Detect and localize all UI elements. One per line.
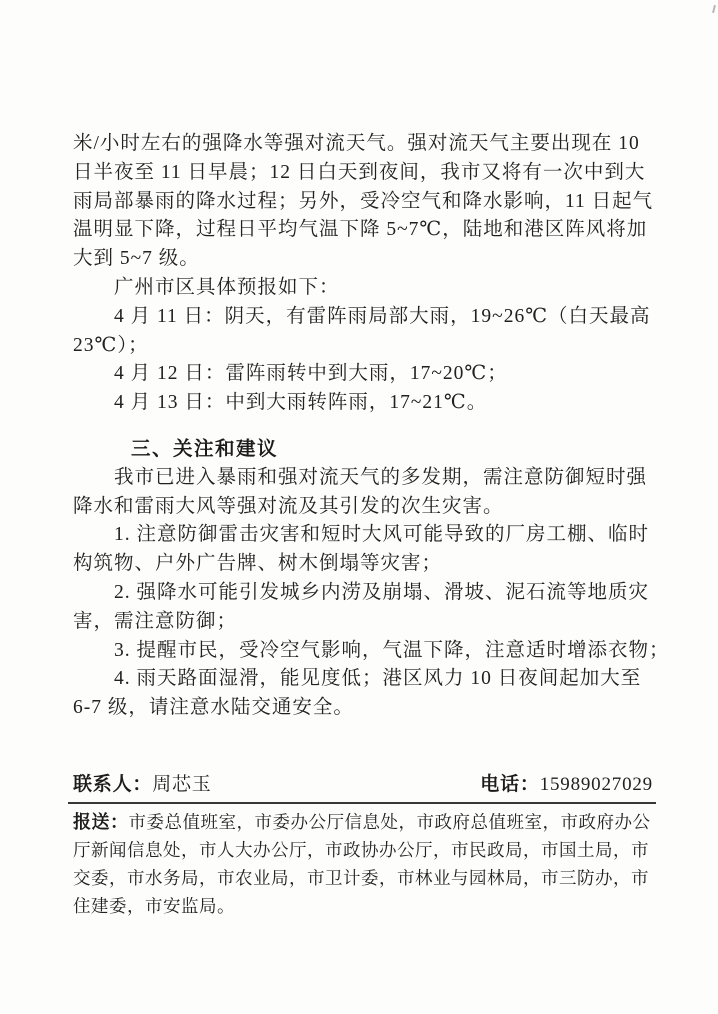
section-text-line: 降水和雷雨大风等强对流及其引发的次生灾害。 <box>73 493 653 522</box>
body-text-line: 4 月 13 日：中到大雨转阵雨，17~21℃。 <box>73 389 653 418</box>
body-text-line: 4 月 12 日：雷阵雨转中到大雨，17~20℃； <box>73 360 653 389</box>
contact-phone: 电话：15989027029 <box>480 773 653 797</box>
distribution-block: 报送：市委总值班室，市委办公厅信息处，市政府总值班室，市政府办公 厅新闻信息处，… <box>73 808 653 920</box>
body-text-line: 大到 5~7 级。 <box>73 245 653 274</box>
distribution-first-text: 市委总值班室，市委办公厅信息处，市政府总值班室，市政府办公 <box>129 812 651 832</box>
body-text-line: 米/小时左右的强降水等强对流天气。强对流天气主要出现在 10 <box>73 130 653 159</box>
section-heading: 三、关注和建议 <box>73 435 653 464</box>
body-text-line: 温明显下降，过程日平均气温下降 5~7℃，陆地和港区阵风将加 <box>73 216 653 245</box>
body-text-line: 日半夜至 11 日早晨；12 日白天到夜间，我市又将有一次中到大 <box>73 159 653 188</box>
distribution-text-line: 交委，市水务局，市农业局，市卫计委，市林业与园林局，市三防办，市 <box>73 864 653 892</box>
document-content: 米/小时左右的强降水等强对流天气。强对流天气主要出现在 10日半夜至 11 日早… <box>73 130 653 920</box>
divider-rule <box>68 802 656 804</box>
contact-label: 联系人： <box>73 774 152 795</box>
distribution-label: 报送： <box>73 812 129 832</box>
phone-label: 电话： <box>480 774 539 795</box>
contact-person: 联系人：周芯玉 <box>73 773 212 797</box>
section-text-line: 4. 雨天路面湿滑，能见度低；港区风力 10 日夜间起加大至 <box>73 665 653 694</box>
body-text-line: 广州市区具体预报如下： <box>73 274 653 303</box>
section-text-line: 6-7 级，请注意水陆交通安全。 <box>73 694 653 723</box>
body-paragraphs: 米/小时左右的强降水等强对流天气。强对流天气主要出现在 10日半夜至 11 日早… <box>73 130 653 418</box>
section-text-line: 害，需注意防御； <box>73 608 653 637</box>
body-text-line: 雨局部暴雨的降水过程；另外，受冷空气和降水影响，11 日起气 <box>73 188 653 217</box>
section-text-line: 2. 强降水可能引发城乡内涝及崩塌、滑坡、泥石流等地质灾 <box>73 579 653 608</box>
scan-artifact <box>712 5 716 13</box>
section-text-line: 3. 提醒市民，受冷空气影响，气温下降，注意适时增添衣物； <box>73 637 653 666</box>
section-paragraphs: 我市已进入暴雨和强对流天气的多发期，需注意防御短时强降水和雷雨大风等强对流及其引… <box>73 464 653 723</box>
distribution-first-line: 报送：市委总值班室，市委办公厅信息处，市政府总值班室，市政府办公 <box>73 808 653 836</box>
distribution-text-line: 厅新闻信息处，市人大办公厅，市政协办公厅，市民政局，市国土局，市 <box>73 836 653 864</box>
distribution-text-line: 住建委，市安监局。 <box>73 892 653 920</box>
body-text-line: 4 月 11 日：阴天，有雷阵雨局部大雨，19~26℃（白天最高 <box>73 303 653 332</box>
contact-name: 周芯玉 <box>152 774 211 795</box>
body-text-line: 23℃）； <box>73 332 653 361</box>
phone-number: 15989027029 <box>540 774 653 795</box>
section-text-line: 我市已进入暴雨和强对流天气的多发期，需注意防御短时强 <box>73 464 653 493</box>
contact-row: 联系人：周芯玉 电话：15989027029 <box>73 773 653 797</box>
section-text-line: 构筑物、户外广告牌、树木倒塌等灾害； <box>73 550 653 579</box>
document-page: 米/小时左右的强降水等强对流天气。强对流天气主要出现在 10日半夜至 11 日早… <box>0 0 718 1014</box>
section-text-line: 1. 注意防御雷击灾害和短时大风可能导致的厂房工棚、临时 <box>73 521 653 550</box>
distribution-more-lines: 厅新闻信息处，市人大办公厅，市政协办公厅，市民政局，市国土局，市交委，市水务局，… <box>73 836 653 920</box>
